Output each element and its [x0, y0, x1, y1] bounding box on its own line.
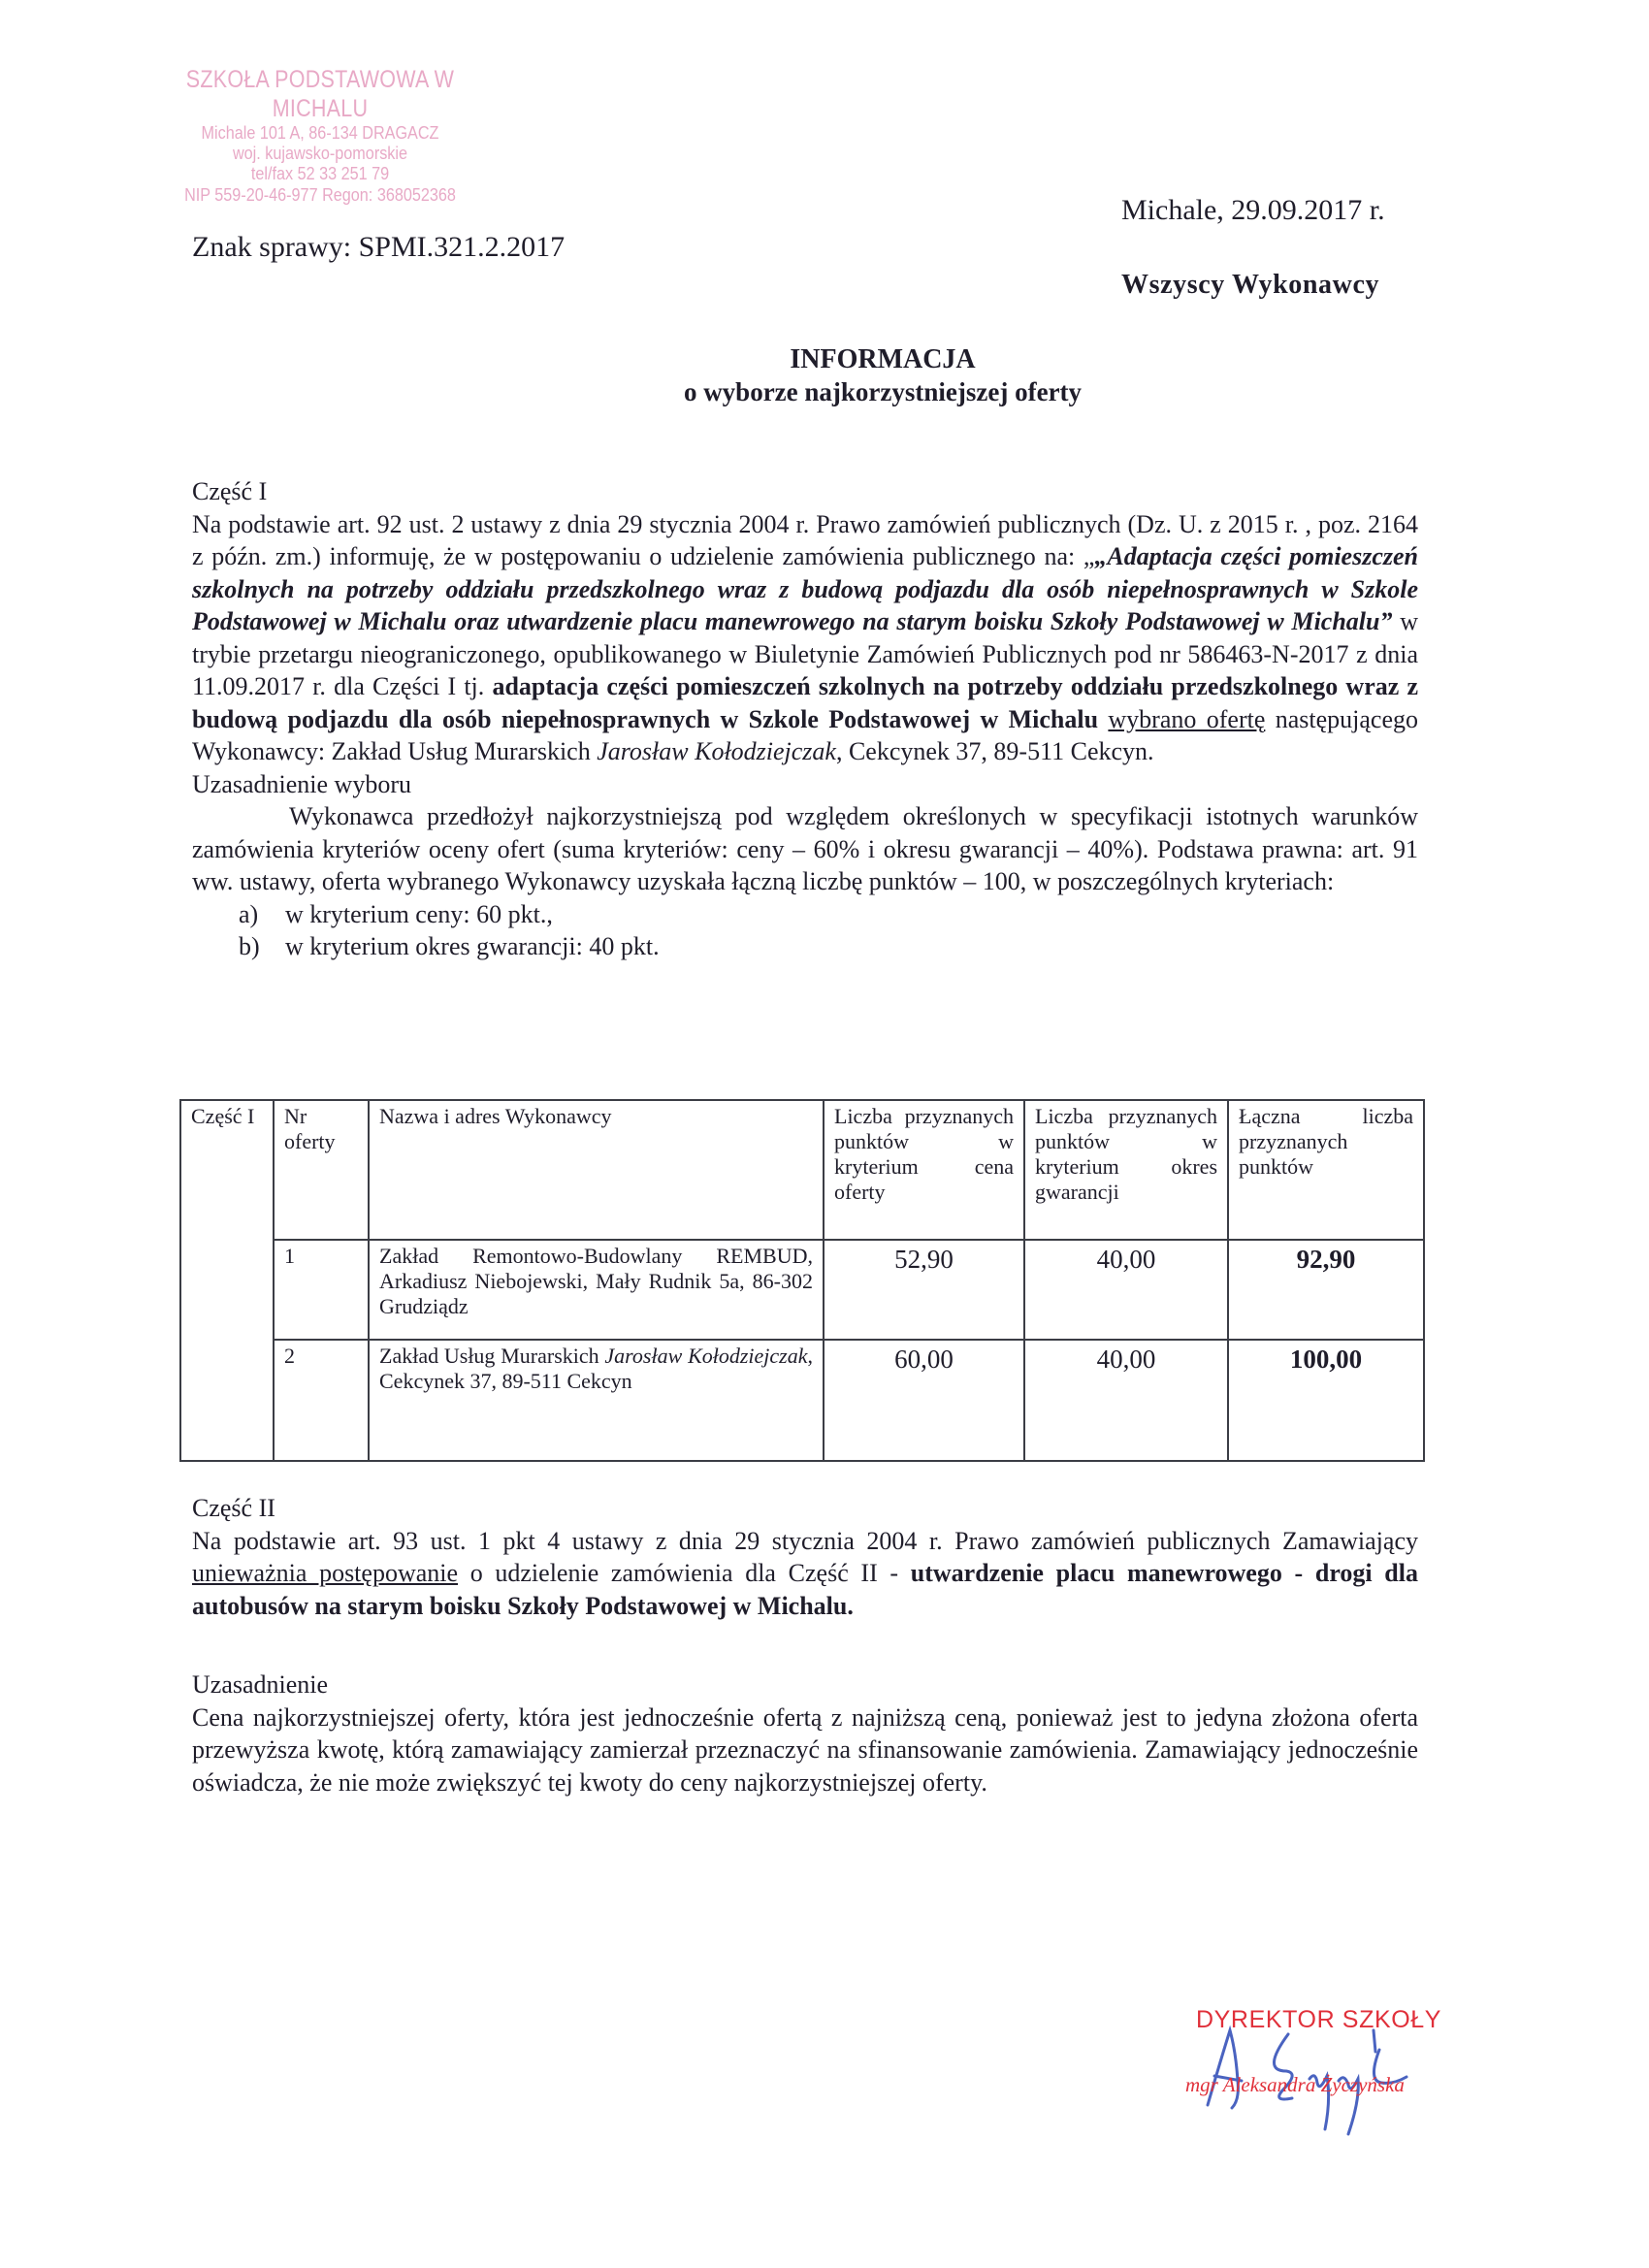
part1-section: Część I Na podstawie art. 92 ust. 2 usta… — [192, 475, 1418, 963]
part2-justification: Uzasadnienie Cena najkorzystniejszej ofe… — [192, 1669, 1418, 1798]
table-row: 2 Zakład Usług Murarskich Jarosław Kołod… — [180, 1340, 1424, 1461]
list-marker: b) — [239, 930, 260, 963]
cell-total-points: 92,90 — [1228, 1240, 1424, 1340]
text-span: Zakład Remontowo-Budowlany REMBUD, Arkad… — [379, 1244, 813, 1318]
text-span: o udzielenie zamówienia dla Część II - — [458, 1559, 911, 1587]
document-title: INFORMACJA o wyborze najkorzystniejszej … — [0, 344, 1649, 407]
document-date: Michale, 29.09.2017 r. — [1121, 194, 1385, 227]
header-offer-no: Nr oferty — [274, 1100, 369, 1240]
part2-heading: Część II — [192, 1492, 1418, 1525]
criteria-list: a)w kryterium ceny: 60 pkt., b)w kryteri… — [192, 898, 1418, 963]
text-span: Na podstawie art. 93 ust. 1 pkt 4 ustawy… — [192, 1527, 1418, 1555]
justification-text: Cena najkorzystniejszej oferty, która je… — [192, 1701, 1418, 1799]
case-reference: Znak sprawy: SPMI.321.2.2017 — [192, 231, 565, 264]
criteria-text: w kryterium okres gwarancji: 40 pkt. — [242, 932, 660, 960]
cancellation-phrase: unieważnia postępowanie — [192, 1559, 458, 1587]
cell-offer-no: 1 — [274, 1240, 369, 1340]
stamp-line: NIP 559-20-46-977 Regon: 368052368 — [145, 185, 495, 206]
cell-warranty-points: 40,00 — [1024, 1240, 1228, 1340]
selected-offer-phrase: wybrano ofertę — [1108, 705, 1265, 733]
part1-heading: Część I — [192, 475, 1418, 508]
part2-paragraph: Na podstawie art. 93 ust. 1 pkt 4 ustawy… — [192, 1525, 1418, 1623]
text-span: Jarosław Kołodziejczak — [604, 1344, 807, 1368]
justification-heading: Uzasadnienie — [192, 1669, 1418, 1701]
table-row: 1 Zakład Remontowo-Budowlany REMBUD, Ark… — [180, 1240, 1424, 1340]
justification-text: Wykonawca przedłożył najkorzystniejszą p… — [192, 800, 1418, 898]
cell-warranty-points: 40,00 — [1024, 1340, 1228, 1461]
recipients: Wszyscy Wykonawcy — [1121, 270, 1379, 301]
header-total-points: Łączna liczba przyznanych punktów — [1228, 1100, 1424, 1240]
offers-table: Część I Nr oferty Nazwa i adres Wykonawc… — [179, 1099, 1425, 1462]
header-part: Część I — [180, 1100, 274, 1461]
table-header-row: Część I Nr oferty Nazwa i adres Wykonawc… — [180, 1100, 1424, 1240]
part2-section: Część II Na podstawie art. 93 ust. 1 pkt… — [192, 1492, 1418, 1622]
title-subtitle: o wyborze najkorzystniejszej oferty — [0, 377, 1649, 407]
list-marker: a) — [239, 898, 258, 931]
part1-paragraph: Na podstawie art. 92 ust. 2 ustawy z dni… — [192, 508, 1418, 768]
cell-offer-no: 2 — [274, 1340, 369, 1461]
stamp-line: woj. kujawsko-pomorskie — [145, 144, 495, 164]
stamp-line: SZKOŁA PODSTAWOWA W MICHALU — [153, 66, 487, 123]
header-warranty-points: Liczba przyznanych punktów w kryterium o… — [1024, 1100, 1228, 1240]
stamp-line: Michale 101 A, 86-134 DRAGACZ — [145, 123, 495, 144]
text-span: Zakład Usług Murarskich — [379, 1344, 604, 1368]
text-span — [1098, 705, 1108, 733]
cell-contractor: Zakład Usług Murarskich Jarosław Kołodzi… — [369, 1340, 824, 1461]
cell-price-points: 60,00 — [824, 1340, 1024, 1461]
text-span: , Cekcynek 37, 89-511 Cekcyn. — [836, 737, 1154, 765]
cell-contractor: Zakład Remontowo-Budowlany REMBUD, Arkad… — [369, 1240, 824, 1340]
criteria-item: b)w kryterium okres gwarancji: 40 pkt. — [192, 930, 1418, 963]
contractor-name: Jarosław Kołodziejczak — [597, 737, 836, 765]
criteria-text: w kryterium ceny: 60 pkt., — [242, 900, 553, 928]
stamp-line: tel/fax 52 33 251 79 — [145, 164, 495, 184]
director-name: mgr Aleksandra Życzyńska — [1185, 2073, 1405, 2097]
criteria-item: a)w kryterium ceny: 60 pkt., — [192, 898, 1418, 931]
cell-total-points: 100,00 — [1228, 1340, 1424, 1461]
school-stamp: SZKOŁA PODSTAWOWA W MICHALU Michale 101 … — [126, 66, 514, 206]
header-contractor: Nazwa i adres Wykonawcy — [369, 1100, 824, 1240]
cell-price-points: 52,90 — [824, 1240, 1024, 1340]
header-price-points: Liczba przyznanych punktów w kryterium c… — [824, 1100, 1024, 1240]
title-main: INFORMACJA — [0, 344, 1649, 375]
justification-heading: Uzasadnienie wyboru — [192, 768, 1418, 801]
